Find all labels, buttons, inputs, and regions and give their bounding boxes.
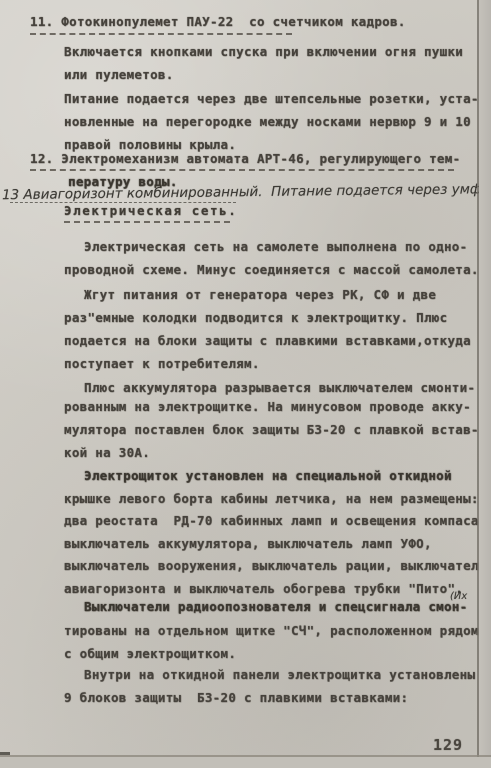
typed-line: Выключатели радиоопознователя и спецсигн… [84, 599, 467, 614]
typed-line: тированы на отдельном щитке "СЧ", распол… [64, 623, 479, 638]
dashed-underline [30, 169, 454, 171]
typed-line: 12. Электромеханизм автомата АРТ-46, рег… [30, 151, 460, 166]
typed-line: правой половины крыла. [64, 137, 236, 152]
typed-line: новленные на перегородке между носками н… [64, 114, 471, 129]
typed-line: выключатель аккумулятора, выключатель ла… [64, 536, 432, 551]
typed-line: поступает к потребителям. [64, 356, 260, 371]
typed-line: Жгут питания от генератора через РК, СФ … [84, 287, 436, 302]
typed-line: раз"емные колодки подводится к электрощи… [64, 310, 447, 325]
dashed-underline [10, 202, 236, 203]
typed-line: кой на 30А. [64, 445, 150, 460]
handwritten-note: (Их [450, 591, 467, 602]
typed-line: 9 блоков защиты БЗ-20 с плавкими вставка… [64, 690, 408, 705]
page-crease-line-bottom [0, 755, 491, 757]
typed-line: два реостата РД-70 кабинных ламп и освещ… [64, 513, 487, 528]
typed-line: с общим электрощитком. [64, 646, 236, 661]
typed-line: мулятора поставлен блок защиты БЗ-20 с п… [64, 422, 479, 437]
typed-line: подается на блоки защиты с плавкими вста… [64, 333, 471, 348]
dashed-underline [64, 221, 230, 223]
typed-line: Плюс аккумулятора разрывается выключател… [84, 380, 475, 395]
typed-line: выключатель вооружения, выключатель раци… [64, 558, 487, 573]
page-number: 129 [433, 736, 463, 754]
typed-line: проводной схеме. Минус соединяется с мас… [64, 262, 479, 277]
typed-line: крышке левого борта кабины летчика, на н… [64, 491, 479, 506]
typed-line: Электрощиток установлен на специальной о… [84, 468, 452, 483]
page-edge-line-right [477, 0, 479, 757]
page-edge-shadow-bottom [0, 757, 491, 768]
page-edge-shadow-right [479, 0, 491, 768]
scanned-document-page: 11. Фотокинопулемет ПАУ-22 со счетчиком … [0, 0, 491, 768]
typed-line: 11. Фотокинопулемет ПАУ-22 со счетчиком … [30, 14, 406, 29]
typed-line: Электрическая сеть на самолете выполнена… [84, 239, 467, 254]
typed-line: рованным на электрощитке. На минусовом п… [64, 399, 471, 414]
crease-mark-bottom-left [0, 752, 10, 755]
typed-line: Электрическая сеть. [64, 203, 237, 218]
typed-line: Питание подается через две штепсельные р… [64, 91, 479, 106]
dashed-underline [30, 33, 292, 35]
typed-line: авиагоризонта и выключатель обогрева тру… [64, 581, 463, 596]
typed-line: Включается кнопками спуска при включении… [64, 44, 463, 59]
typed-line: Внутри на откидной панели электрощитка у… [84, 667, 475, 682]
typed-line: или пулеметов. [64, 67, 174, 82]
